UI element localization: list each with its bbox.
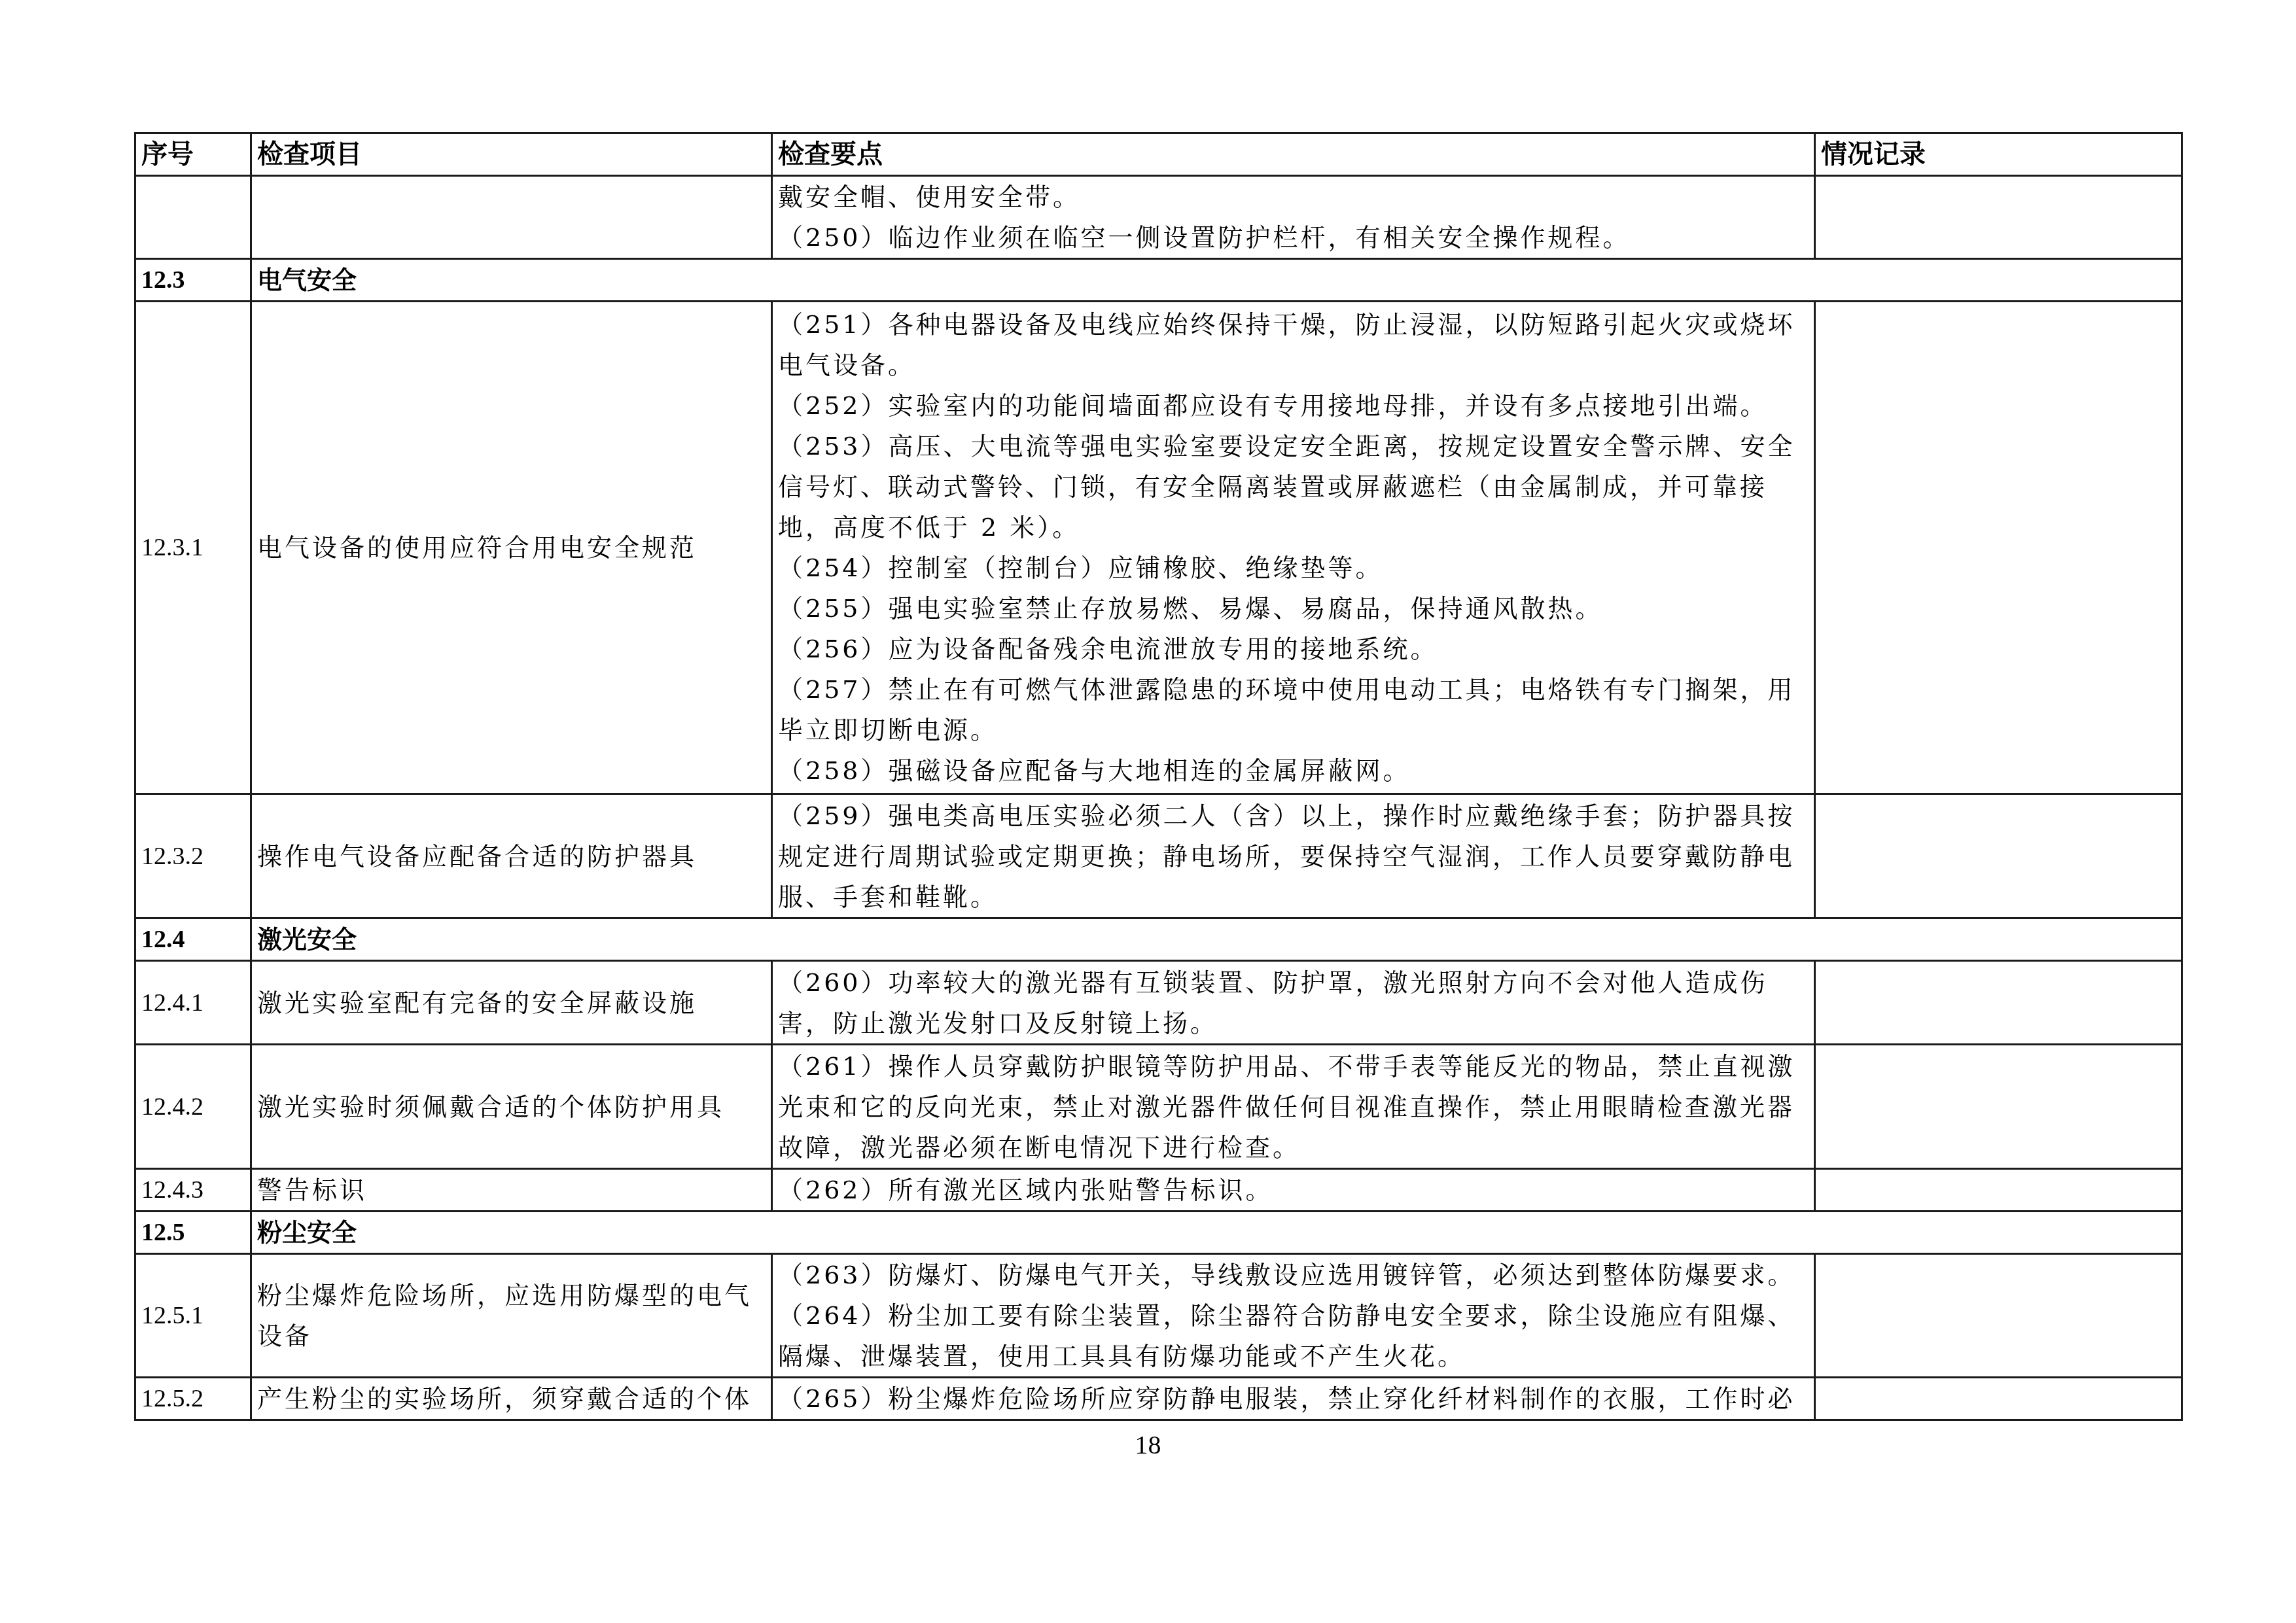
row-points: （262）所有激光区域内张贴警告标识。 bbox=[772, 1169, 1815, 1212]
row-item: 电气设备的使用应符合用电安全规范 bbox=[251, 302, 772, 794]
table-row-12-5-2: 12.5.2 产生粉尘的实验场所，须穿戴合适的个体 （265）粉尘爆炸危险场所应… bbox=[135, 1378, 2182, 1420]
row-number bbox=[135, 176, 251, 259]
table-row-12-3-1: 12.3.1 电气设备的使用应符合用电安全规范 （251）各种电器设备及电线应始… bbox=[135, 302, 2182, 794]
row-number: 12.4.3 bbox=[135, 1169, 251, 1212]
row-points: （263）防爆灯、防爆电气开关，导线敷设应选用镀锌管，必须达到整体防爆要求。 （… bbox=[772, 1254, 1815, 1378]
section-number: 12.4 bbox=[135, 918, 251, 961]
section-title: 激光安全 bbox=[251, 918, 2182, 961]
section-row-12-3: 12.3 电气安全 bbox=[135, 259, 2182, 302]
section-title: 粉尘安全 bbox=[251, 1212, 2182, 1254]
point-text: （256）应为设备配备残余电流泄放专用的接地系统。 bbox=[778, 629, 1809, 669]
point-text: （265）粉尘爆炸危险场所应穿防静电服装，禁止穿化纤材料制作的衣服，工作时必 bbox=[778, 1378, 1809, 1419]
row-record-cell[interactable] bbox=[1815, 1378, 2182, 1420]
row-item: 激光实验室配有完备的安全屏蔽设施 bbox=[251, 961, 772, 1045]
row-points: （259）强电类高电压实验必须二人（含）以上，操作时应戴绝缘手套；防护器具按规定… bbox=[772, 794, 1815, 918]
point-text: （263）防爆灯、防爆电气开关，导线敷设应选用镀锌管，必须达到整体防爆要求。 bbox=[778, 1255, 1809, 1295]
row-points: （260）功率较大的激光器有互锁装置、防护罩，激光照射方向不会对他人造成伤害，防… bbox=[772, 961, 1815, 1045]
table-row-continuation: 戴安全帽、使用安全带。 （250）临边作业须在临空一侧设置防护栏杆，有相关安全操… bbox=[135, 176, 2182, 259]
point-text: （253）高压、大电流等强电实验室要设定安全距离，按规定设置安全警示牌、安全信号… bbox=[778, 426, 1809, 548]
row-record-cell[interactable] bbox=[1815, 1045, 2182, 1169]
table-row-12-4-2: 12.4.2 激光实验时须佩戴合适的个体防护用具 （261）操作人员穿戴防护眼镜… bbox=[135, 1045, 2182, 1169]
point-text: （258）强磁设备应配备与大地相连的金属屏蔽网。 bbox=[778, 750, 1809, 791]
header-inspection-points: 检查要点 bbox=[772, 133, 1815, 176]
row-item bbox=[251, 176, 772, 259]
row-item: 粉尘爆炸危险场所，应选用防爆型的电气设备 bbox=[251, 1254, 772, 1378]
point-text: （252）实验室内的功能间墙面都应设有专用接地母排，并设有多点接地引出端。 bbox=[778, 385, 1809, 426]
header-serial-number: 序号 bbox=[135, 133, 251, 176]
table-row-12-4-3: 12.4.3 警告标识 （262）所有激光区域内张贴警告标识。 bbox=[135, 1169, 2182, 1212]
table-row-12-3-2: 12.3.2 操作电气设备应配备合适的防护器具 （259）强电类高电压实验必须二… bbox=[135, 794, 2182, 918]
row-number: 12.5.1 bbox=[135, 1254, 251, 1378]
table-header-row: 序号 检查项目 检查要点 情况记录 bbox=[135, 133, 2182, 176]
section-row-12-5: 12.5 粉尘安全 bbox=[135, 1212, 2182, 1254]
point-text: （257）禁止在有可燃气体泄露隐患的环境中使用电动工具；电烙铁有专门搁架，用毕立… bbox=[778, 669, 1809, 750]
table-row-12-5-1: 12.5.1 粉尘爆炸危险场所，应选用防爆型的电气设备 （263）防爆灯、防爆电… bbox=[135, 1254, 2182, 1378]
point-text: （255）强电实验室禁止存放易燃、易爆、易腐品，保持通风散热。 bbox=[778, 588, 1809, 629]
row-points: （251）各种电器设备及电线应始终保持干燥，防止浸湿，以防短路引起火灾或烧坏电气… bbox=[772, 302, 1815, 794]
point-text: （250）临边作业须在临空一侧设置防护栏杆，有相关安全操作规程。 bbox=[778, 217, 1809, 258]
row-record-cell[interactable] bbox=[1815, 1169, 2182, 1212]
section-row-12-4: 12.4 激光安全 bbox=[135, 918, 2182, 961]
point-text: （262）所有激光区域内张贴警告标识。 bbox=[778, 1170, 1809, 1210]
row-points: （261）操作人员穿戴防护眼镜等防护用品、不带手表等能反光的物品，禁止直视激光束… bbox=[772, 1045, 1815, 1169]
point-text: （261）操作人员穿戴防护眼镜等防护用品、不带手表等能反光的物品，禁止直视激光束… bbox=[778, 1046, 1809, 1168]
row-item: 产生粉尘的实验场所，须穿戴合适的个体 bbox=[251, 1378, 772, 1420]
row-points: （265）粉尘爆炸危险场所应穿防静电服装，禁止穿化纤材料制作的衣服，工作时必 bbox=[772, 1378, 1815, 1420]
row-record-cell[interactable] bbox=[1815, 1254, 2182, 1378]
point-text: （251）各种电器设备及电线应始终保持干燥，防止浸湿，以防短路引起火灾或烧坏电气… bbox=[778, 304, 1809, 385]
row-item: 警告标识 bbox=[251, 1169, 772, 1212]
row-item: 操作电气设备应配备合适的防护器具 bbox=[251, 794, 772, 918]
section-number: 12.5 bbox=[135, 1212, 251, 1254]
row-number: 12.3.2 bbox=[135, 794, 251, 918]
header-record: 情况记录 bbox=[1815, 133, 2182, 176]
point-text: （264）粉尘加工要有除尘装置，除尘器符合防静电安全要求，除尘设施应有阻爆、隔爆… bbox=[778, 1295, 1809, 1376]
row-number: 12.3.1 bbox=[135, 302, 251, 794]
row-item: 激光实验时须佩戴合适的个体防护用具 bbox=[251, 1045, 772, 1169]
point-text: 戴安全帽、使用安全带。 bbox=[778, 177, 1809, 217]
page-number: 18 bbox=[0, 1429, 2296, 1460]
section-title: 电气安全 bbox=[251, 259, 2182, 302]
table-row-12-4-1: 12.4.1 激光实验室配有完备的安全屏蔽设施 （260）功率较大的激光器有互锁… bbox=[135, 961, 2182, 1045]
row-number: 12.4.2 bbox=[135, 1045, 251, 1169]
header-inspection-item: 检查项目 bbox=[251, 133, 772, 176]
row-record-cell[interactable] bbox=[1815, 794, 2182, 918]
row-record-cell[interactable] bbox=[1815, 176, 2182, 259]
point-text: （260）功率较大的激光器有互锁装置、防护罩，激光照射方向不会对他人造成伤害，防… bbox=[778, 962, 1809, 1043]
point-text: （259）强电类高电压实验必须二人（含）以上，操作时应戴绝缘手套；防护器具按规定… bbox=[778, 795, 1809, 917]
row-points: 戴安全帽、使用安全带。 （250）临边作业须在临空一侧设置防护栏杆，有相关安全操… bbox=[772, 176, 1815, 259]
row-record-cell[interactable] bbox=[1815, 961, 2182, 1045]
point-text: （254）控制室（控制台）应铺橡胶、绝缘垫等。 bbox=[778, 548, 1809, 588]
row-record-cell[interactable] bbox=[1815, 302, 2182, 794]
row-number: 12.4.1 bbox=[135, 961, 251, 1045]
row-number: 12.5.2 bbox=[135, 1378, 251, 1420]
inspection-checklist-table: 序号 检查项目 检查要点 情况记录 戴安全帽、使用安全带。 （250）临边作业须… bbox=[134, 132, 2183, 1421]
section-number: 12.3 bbox=[135, 259, 251, 302]
